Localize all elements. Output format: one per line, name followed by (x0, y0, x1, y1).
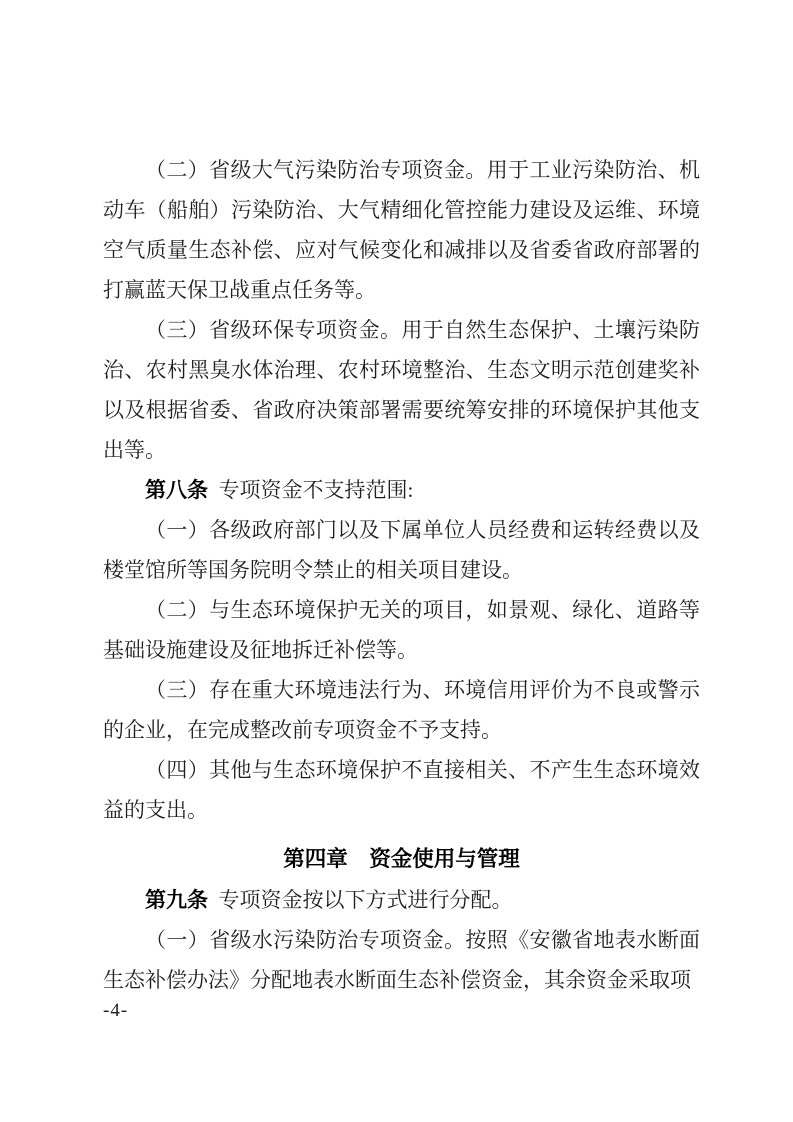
paragraph-exclusion-1: （一）各级政府部门以及下属单位人员经费和运转经费以及楼堂馆所等国务院明令禁止的相… (103, 510, 700, 590)
text-run: 专项资金不支持范围: (208, 478, 413, 502)
paragraph-air-pollution-fund: （二）省级大气污染防治专项资金。用于工业污染防治、机动车（船舶）污染防治、大气精… (103, 150, 700, 310)
document-page: （二）省级大气污染防治专项资金。用于工业污染防治、机动车（船舶）污染防治、大气精… (0, 0, 793, 1122)
text-run: （四）其他与生态环境保护不直接相关、不产生生态环境效益的支出。 (103, 758, 700, 822)
text-run: （一）各级政府部门以及下属单位人员经费和运转经费以及楼堂馆所等国务院明令禁止的相… (103, 518, 700, 582)
page-number: -4- (103, 999, 128, 1023)
paragraph-environmental-fund: （三）省级环保专项资金。用于自然生态保护、土壤污染防治、农村黑臭水体治理、农村环… (103, 310, 700, 470)
text-run-bold: 第九条 (145, 888, 208, 912)
text-run: （二）与生态环境保护无关的项目，如景观、绿化、道路等基础设施建设及征地拆迁补偿等… (103, 598, 700, 662)
text-run-bold: 第四章 资金使用与管理 (283, 847, 520, 872)
paragraph-article-9: 第九条 专项资金按以下方式进行分配。 (103, 880, 700, 920)
paragraph-article-8: 第八条 专项资金不支持范围: (103, 470, 700, 510)
paragraph-exclusion-3: （三）存在重大环境违法行为、环境信用评价为不良或警示的企业，在完成整改前专项资金… (103, 670, 700, 750)
text-run: （一）省级水污染防治专项资金。按照《安徽省地表水断面生态补偿办法》分配地表水断面… (103, 928, 700, 992)
text-run: （二）省级大气污染防治专项资金。用于工业污染防治、机动车（船舶）污染防治、大气精… (103, 158, 700, 302)
paragraph-exclusion-4: （四）其他与生态环境保护不直接相关、不产生生态环境效益的支出。 (103, 750, 700, 830)
paragraph-exclusion-2: （二）与生态环境保护无关的项目，如景观、绿化、道路等基础设施建设及征地拆迁补偿等… (103, 590, 700, 670)
text-run: （三）存在重大环境违法行为、环境信用评价为不良或警示的企业，在完成整改前专项资金… (103, 678, 700, 742)
text-run: （三）省级环保专项资金。用于自然生态保护、土壤污染防治、农村黑臭水体治理、农村环… (103, 318, 700, 462)
text-run-bold: 第八条 (145, 478, 208, 502)
document-body: （二）省级大气污染防治专项资金。用于工业污染防治、机动车（船舶）污染防治、大气精… (103, 150, 700, 1000)
chapter-heading: 第四章 资金使用与管理 (103, 840, 700, 880)
paragraph-water-pollution-fund: （一）省级水污染防治专项资金。按照《安徽省地表水断面生态补偿办法》分配地表水断面… (103, 920, 700, 1000)
text-run: 专项资金按以下方式进行分配。 (208, 888, 513, 912)
